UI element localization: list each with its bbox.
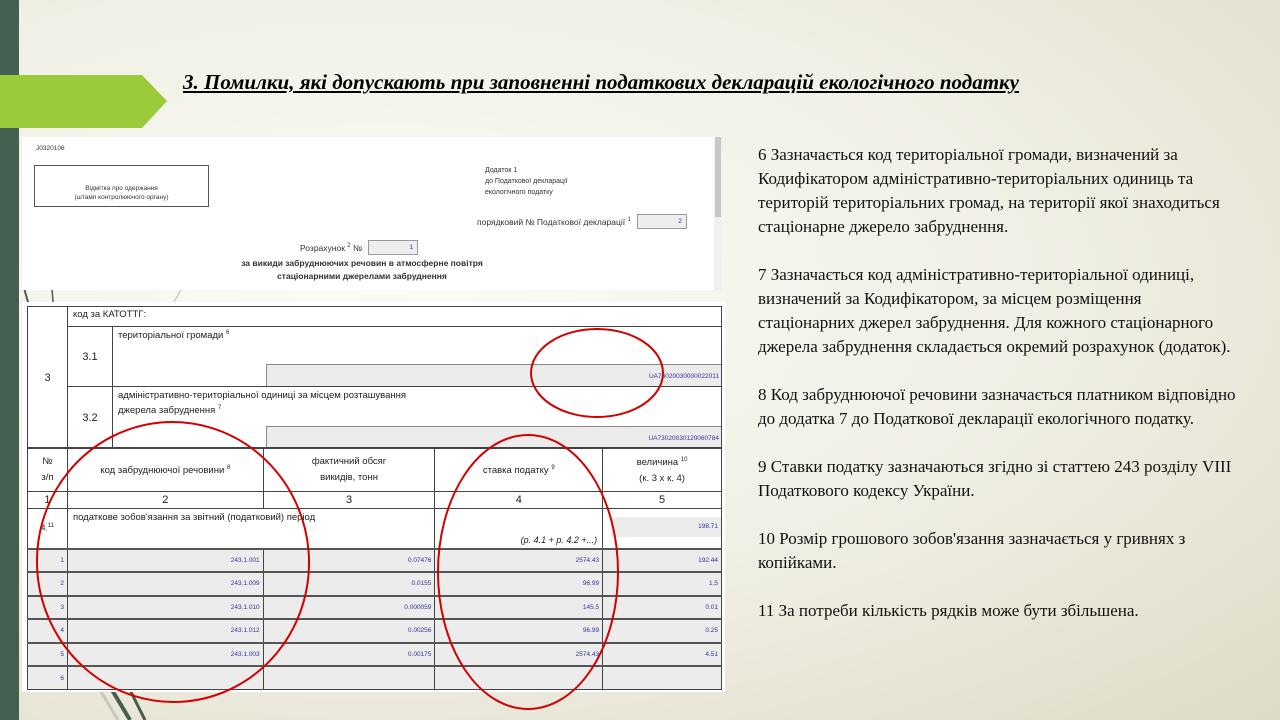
total-row-number: 4.11 (28, 509, 68, 549)
declaration-number-field[interactable]: 2 (637, 214, 687, 229)
row-number: 5 (28, 643, 68, 667)
stamp-label: Відмітка про одержання (35, 184, 208, 193)
footnote-6: 6 Зазначається код територіальної громад… (758, 143, 1238, 239)
footnote-10: 10 Розмір грошового зобов'язання зазнача… (758, 527, 1238, 575)
arrow-accent-shape (0, 75, 167, 128)
footnote-11: 11 За потреби кількість рядків може бути… (758, 599, 1238, 623)
pollutant-code-field[interactable]: 243.1.010 (67, 596, 263, 620)
column-header-pollutant-code: код забруднюючої речовини 8 (67, 448, 263, 492)
pollutant-code-field[interactable]: 243.1.003 (67, 643, 263, 667)
calculation-number-row: Розрахунок 2 № 1 (300, 240, 418, 255)
volume-field[interactable]: 0.07476 (263, 549, 435, 573)
total-formula: (р. 4.1 + р. 4.2 +...) (435, 509, 603, 549)
subsection-number: 3.2 (68, 387, 113, 449)
tax-rate-field[interactable]: 145.5 (435, 596, 603, 620)
row-number: 4 (28, 619, 68, 643)
admin-unit-code-field[interactable]: UA73020030120060784 (266, 426, 721, 448)
scrollbar-thumb[interactable] (715, 137, 721, 217)
column-number: 2 (67, 492, 263, 509)
amount-field[interactable]: 0.25 (603, 619, 722, 643)
form-table-screenshot: 3 код за КАТОТТГ: 3.1 територіальної гро… (22, 302, 725, 692)
tax-rate-field[interactable]: 96.99 (435, 619, 603, 643)
total-value-cell: 198.71 (603, 509, 722, 549)
emissions-table: №з/п код забруднюючої речовини 8 фактичн… (27, 447, 722, 690)
column-number: 1 (28, 492, 68, 509)
declaration-number-label: порядковий № Податкової декларації 1 (477, 217, 631, 227)
addendum-line: екологічного податку (485, 187, 568, 198)
row-number: 1 (28, 549, 68, 573)
form-subtitle: за викиди забруднюючих речовин в атмосфе… (22, 257, 702, 283)
amount-field[interactable]: 192.44 (603, 549, 722, 573)
volume-field[interactable]: 0.00175 (263, 643, 435, 667)
total-value-field[interactable]: 198.71 (611, 517, 721, 537)
form-code: J0320106 (36, 145, 65, 152)
column-header-amount: величина 10(к. 3 х к. 4) (603, 448, 722, 492)
katottg-table: 3 код за КАТОТТГ: 3.1 територіальної гро… (27, 306, 722, 449)
slide-title: 3. Помилки, які допускають при заповненн… (183, 70, 1143, 95)
volume-field[interactable] (263, 666, 435, 690)
subtitle-line: стаціонарними джерелами забруднення (22, 270, 702, 283)
amount-field[interactable] (603, 666, 722, 690)
stamp-box: Відмітка про одержання (штамп контролююч… (34, 165, 209, 207)
calculation-number-field[interactable]: 1 (368, 240, 418, 255)
pollutant-code-field[interactable] (67, 666, 263, 690)
decorative-lines (90, 690, 170, 720)
footnote-8: 8 Код забруднюючої речовини зазначається… (758, 383, 1238, 431)
table-row: 4243.1.0120.0025696.990.25 (28, 619, 722, 643)
column-number: 4 (435, 492, 603, 509)
table-row: 3243.1.0100.000059145.50.01 (28, 596, 722, 620)
row-number: 2 (28, 572, 68, 596)
addendum-line: Додаток 1 (485, 165, 568, 176)
table-row: 1243.1.0010.074762574.43192.44 (28, 549, 722, 573)
column-number: 3 (263, 492, 435, 509)
footnote-9: 9 Ставки податку зазначаються згідно зі … (758, 455, 1238, 503)
volume-field[interactable]: 0.0155 (263, 572, 435, 596)
column-header-index: №з/п (28, 448, 68, 492)
table-row: 5243.1.0030.001752574.434.51 (28, 643, 722, 667)
katottg-label: код за КАТОТТГ: (68, 307, 722, 327)
amount-field[interactable]: 1.5 (603, 572, 722, 596)
total-label: податкове зобов'язання за звітний (подат… (67, 509, 434, 549)
admin-unit-code-cell: адміністративно-територіальної одиниці з… (113, 387, 722, 449)
subsection-number: 3.1 (68, 327, 113, 387)
row-number: 3 (28, 596, 68, 620)
pollutant-code-field[interactable]: 243.1.009 (67, 572, 263, 596)
volume-field[interactable]: 0.00256 (263, 619, 435, 643)
scrollbar[interactable] (714, 137, 722, 290)
stamp-sublabel: (штамп контролюючого органу) (35, 193, 208, 202)
table-header-row: №з/п код забруднюючої речовини 8 фактичн… (28, 448, 722, 492)
form-header-screenshot: J0320106 Відмітка про одержання (штамп к… (22, 137, 722, 290)
community-code-label: територіальної громади (118, 330, 223, 341)
table-row: 2243.1.0090.015596.991.5 (28, 572, 722, 596)
decorative-lines (22, 288, 192, 302)
admin-unit-label: адміністративно-територіальної одиниці з… (118, 390, 716, 401)
table-row: 6 (28, 666, 722, 690)
column-number-row: 1 2 3 4 5 (28, 492, 722, 509)
addendum-line: до Податкової декларації (485, 176, 568, 187)
footnote-7: 7 Зазначається код адміністративно-терит… (758, 263, 1238, 359)
pollutant-code-field[interactable]: 243.1.001 (67, 549, 263, 573)
community-code-cell: територіальної громади 6 UA7302003000002… (113, 327, 722, 387)
calculation-label: Розрахунок 2 № (300, 243, 362, 253)
admin-unit-label-2: джерела забруднення (118, 405, 215, 416)
volume-field[interactable]: 0.000059 (263, 596, 435, 620)
tax-rate-field[interactable]: 2574.43 (435, 549, 603, 573)
column-number: 5 (603, 492, 722, 509)
total-row: 4.11 податкове зобов'язання за звітний (… (28, 509, 722, 549)
addendum-note: Додаток 1 до Податкової декларації еколо… (485, 165, 568, 198)
declaration-number-row: порядковий № Податкової декларації 1 2 (477, 214, 687, 229)
column-header-tax-rate: ставка податку 9 (435, 448, 603, 492)
column-header-volume: фактичний обсягвикидів, тонн (263, 448, 435, 492)
pollutant-code-field[interactable]: 243.1.012 (67, 619, 263, 643)
footnotes: 6 Зазначається код територіальної громад… (758, 143, 1238, 647)
section-number: 3 (28, 307, 68, 449)
tax-rate-field[interactable]: 96.99 (435, 572, 603, 596)
tax-rate-field[interactable] (435, 666, 603, 690)
community-code-field[interactable]: UA73020030000022011 (266, 364, 721, 386)
amount-field[interactable]: 4.51 (603, 643, 722, 667)
subtitle-line: за викиди забруднюючих речовин в атмосфе… (22, 257, 702, 270)
tax-rate-field[interactable]: 2574.43 (435, 643, 603, 667)
amount-field[interactable]: 0.01 (603, 596, 722, 620)
row-number: 6 (28, 666, 68, 690)
